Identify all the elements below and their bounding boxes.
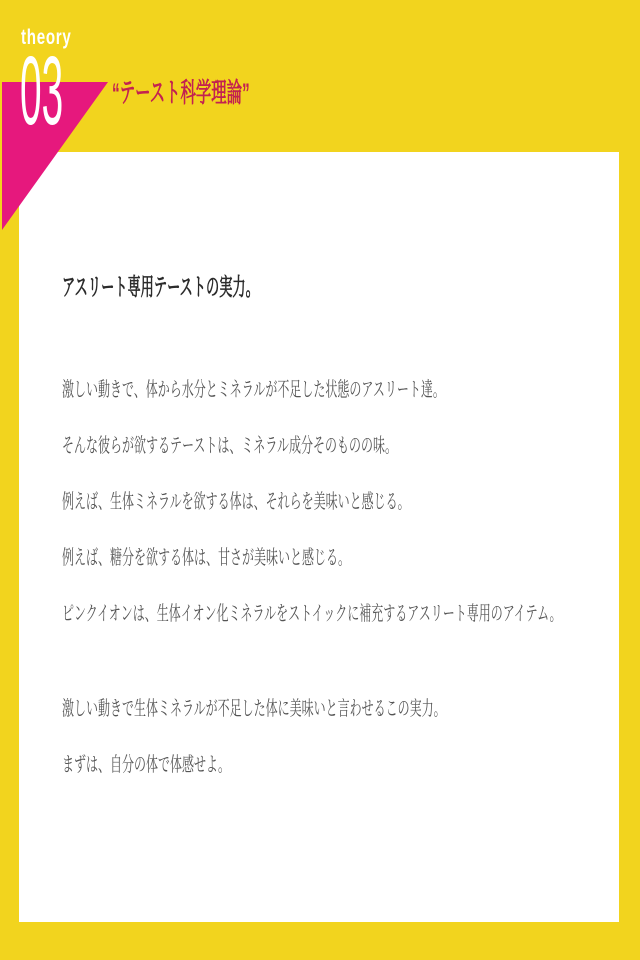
body-line: 例えば、糖分を欲する体は、甘さが美味いと感じる。 bbox=[62, 548, 350, 568]
body-line: そんな彼らが欲するテーストは、ミネラル成分そのものの味。 bbox=[62, 436, 397, 456]
body-line: ピンクイオンは、生体イオン化ミネラルをストイックに補充するアスリート専用のアイテ… bbox=[62, 604, 561, 624]
body-line: 例えば、生体ミネラルを欲する体は、それらを美味いと感じる。 bbox=[62, 492, 410, 512]
section-number: 03 bbox=[20, 42, 63, 139]
body-line: まずは、自分の体で体感せよ。 bbox=[62, 755, 230, 775]
body-line: 激しい動きで生体ミネラルが不足した体に美味いと言わせるこの実力。 bbox=[62, 699, 446, 719]
content-card: アスリート専用テーストの実力。 激しい動きで、体から水分とミネラルが不足した状態… bbox=[19, 152, 619, 922]
page-background: アスリート専用テーストの実力。 激しい動きで、体から水分とミネラルが不足した状態… bbox=[0, 0, 640, 960]
body-line: 激しい動きで、体から水分とミネラルが不足した状態のアスリート達。 bbox=[62, 380, 445, 400]
section-heading: “テースト科学理論” bbox=[112, 80, 250, 107]
card-title: アスリート専用テーストの実力。 bbox=[62, 276, 259, 300]
